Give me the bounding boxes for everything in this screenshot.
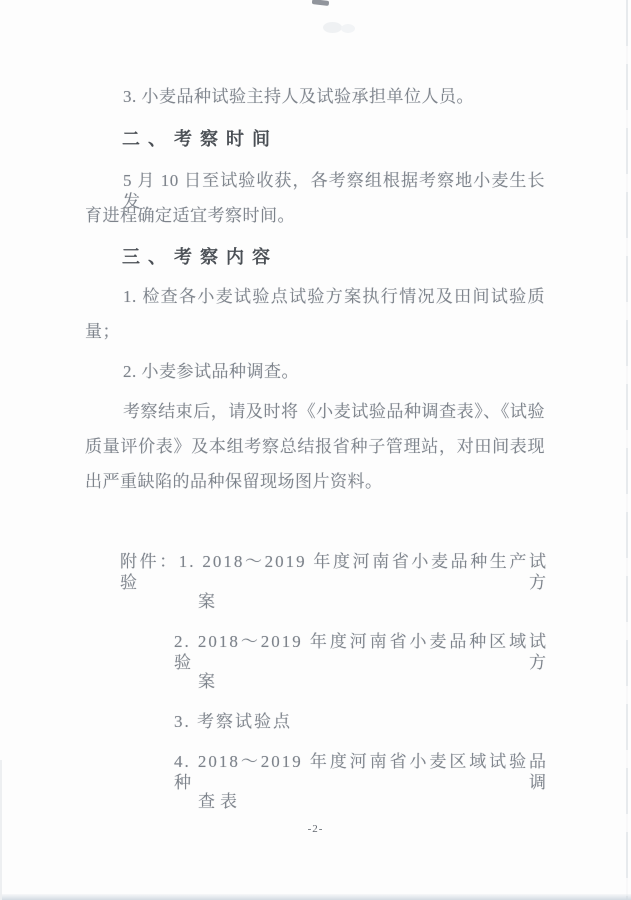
scanned-document-page: 3. 小麦品种试验主持人及试验承担单位人员。 二、考察时间 5 月 10 日至试… xyxy=(0,0,631,900)
paragraph-time-line-2: 育进程确定适宜考察时间。 xyxy=(85,205,295,226)
attachment-item-3: 3. 考察试验点 xyxy=(174,711,292,732)
attachment-item-4-line-1: 4. 2018～2019 年度河南省小麦区域试验品种调 xyxy=(174,751,548,793)
paragraph-report-line-3: 出严重缺陷的品种保留现场图片资料。 xyxy=(85,471,383,492)
content-item-1-line-1: 1. 检查各小麦试验点试验方案执行情况及田间试验质 xyxy=(123,286,545,307)
scan-edge-bottom xyxy=(0,894,631,900)
content-item-1-line-2: 量； xyxy=(85,321,120,342)
page-number: -2- xyxy=(0,822,631,836)
paragraph-report-line-1: 考察结束后，请及时将《小麦试验品种调查表》、《试验 xyxy=(123,401,545,422)
list-item-3-personnel: 3. 小麦品种试验主持人及试验承担单位人员。 xyxy=(123,86,474,107)
attachment-item-1-line-1: 附件：1. 2018～2019 年度河南省小麦品种生产试验方 xyxy=(120,551,548,593)
attachment-item-4-line-2: 查表 xyxy=(198,791,242,812)
content-item-2: 2. 小麦参试品种调查。 xyxy=(123,361,299,382)
section-heading-inspection-time: 二、考察时间 xyxy=(122,129,278,149)
scan-edge-right xyxy=(626,0,628,900)
section-heading-inspection-content: 三、考察内容 xyxy=(122,247,278,267)
attachment-item-2-line-1: 2. 2018～2019 年度河南省小麦品种区域试验方 xyxy=(174,631,548,673)
attachment-item-2-line-2: 案 xyxy=(198,671,217,692)
attachment-item-1-line-2: 案 xyxy=(198,591,217,612)
scan-smudge-top xyxy=(312,0,329,6)
paragraph-report-line-2: 质量评价表》及本组考察总结报省种子管理站，对田间表现 xyxy=(85,436,545,457)
scan-smudge-faint-2 xyxy=(341,24,355,33)
scan-smudge-faint-1 xyxy=(323,22,342,33)
